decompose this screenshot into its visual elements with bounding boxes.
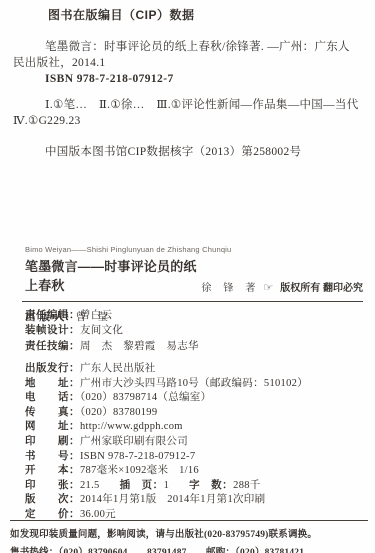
colophon-value: http://www.gdpph.com — [80, 421, 183, 432]
colophon-value: （020）83780199 — [80, 407, 157, 418]
colophon-row: 印 刷：广州家联印刷有限公司 — [25, 433, 369, 448]
colophon-row: 出版发行：广东人民出版社 — [25, 360, 369, 375]
title-divider: 笔墨微言——时事评论员的纸上春秋 徐 锋 著 ☞ 版权所有 翻印必究 — [22, 254, 363, 302]
word-count-label: 字 数： — [189, 479, 233, 491]
colophon-row: 电 话：（020）83798714（总编室） — [25, 389, 369, 404]
colophon-label: 版 次： — [25, 493, 80, 505]
credits-block: 责任编辑：曾白云 装帧设计：友间文化 责任技编：周 杰 黎碧霞 易志华 — [25, 306, 199, 352]
colophon-value: （020）83798714（总编室） — [80, 392, 211, 403]
credits-row: 责任编辑：曾白云 — [25, 306, 199, 321]
colophon-value: 广州家联印刷有限公司 — [80, 436, 188, 447]
colophon-label: 书 号： — [25, 450, 80, 462]
credits-row: 责任技编：周 杰 黎碧霞 易志华 — [25, 337, 199, 352]
colophon-row: 定 价：36.00元 — [25, 506, 369, 521]
title-row: 笔墨微言——时事评论员的纸上春秋 徐 锋 著 ☞ 版权所有 翻印必究 — [25, 256, 363, 294]
colophon-row: 版 次：2014年1月第1版 2014年1月第1次印刷 — [25, 491, 369, 506]
insert-pages-label: 插 页： — [120, 479, 164, 491]
cip-entry: 笔墨微言：时事评论员的纸上春秋/徐锋著. —广州：广东人民出版社，2014.1 — [13, 39, 360, 71]
colophon-label: 传 真： — [25, 406, 80, 418]
title-right-group: 徐 锋 著 ☞ 版权所有 翻印必究 — [201, 279, 363, 294]
colophon-label: 出版发行： — [25, 362, 80, 374]
pinyin-title: Bimo Weiyan——Shishi Pinglunyuan de Zhish… — [25, 245, 375, 254]
book-title: 笔墨微言——时事评论员的纸上春秋 — [25, 256, 201, 294]
quality-note: 如发现印装质量问题，影响阅读，请与出版社(020-83795749)联系调换。 — [10, 526, 368, 540]
colophon-row: 书 号：ISBN 978-7-218-07912-7 — [25, 448, 369, 463]
pointing-hand-icon: ☞ — [263, 281, 273, 294]
author-name: 徐 锋 著 — [201, 279, 256, 294]
cip-isbn: ISBN 978-7-218-07912-7 — [45, 73, 375, 85]
colophon-label: 印 刷： — [25, 435, 80, 447]
colophon-row: 网 址：http://www.gdpph.com — [25, 418, 369, 433]
colophon-value: 广州市大沙头四马路10号（邮政编码：510102） — [80, 378, 308, 389]
colophon-row: 传 真：（020）83780199 — [25, 404, 369, 419]
cip-classification: Ⅰ.①笔… Ⅱ.①徐… Ⅲ.①评论性新闻—作品集—中国—当代 Ⅳ.①G229.2… — [13, 97, 360, 129]
colophon-value: 21.5 — [80, 480, 100, 491]
credits-label: 责任编辑： — [25, 309, 80, 321]
colophon-value: 广东人民出版社 — [80, 363, 156, 374]
colophon-value: 2014年1月第1版 2014年1月第1次印刷 — [80, 494, 265, 505]
colophon-value: ISBN 978-7-218-07912-7 — [80, 451, 195, 462]
credits-label: 装帧设计： — [25, 324, 80, 336]
cip-header: 图书在版编目（CIP）数据 — [48, 6, 375, 23]
credits-value: 曾白云 — [80, 310, 112, 321]
colophon-label: 地 址： — [25, 377, 80, 389]
colophon-row: 开 本：787毫米×1092毫米 1/16 — [25, 462, 369, 477]
credits-value: 友间文化 — [80, 325, 123, 336]
cip-block: 图书在版编目（CIP）数据 笔墨微言：时事评论员的纸上春秋/徐锋著. —广州：广… — [0, 6, 375, 159]
credits-value: 周 杰 黎碧霞 易志华 — [80, 341, 199, 352]
copyright-notice: 版权所有 翻印必究 — [280, 279, 363, 294]
colophon-label: 印 张： — [25, 479, 80, 491]
credits-label: 责任技编： — [25, 340, 80, 352]
colophon-label: 定 价： — [25, 508, 80, 520]
colophon-value: 36.00元 — [80, 509, 116, 520]
insert-pages-value: 1 — [164, 480, 170, 491]
colophon-value: 787毫米×1092毫米 1/16 — [80, 465, 199, 476]
cip-record-number: 中国版本图书馆CIP数据核字（2013）第258002号 — [45, 143, 375, 159]
word-count-value: 288千 — [233, 480, 260, 491]
colophon-label: 开 本： — [25, 464, 80, 476]
footer-block: 如发现印装质量问题，影响阅读，请与出版社(020-83795749)联系调换。 … — [10, 520, 368, 553]
credits-row: 装帧设计：友间文化 — [25, 321, 199, 336]
copyright-page: 图书在版编目（CIP）数据 笔墨微言：时事评论员的纸上春秋/徐锋著. —广州：广… — [0, 0, 375, 553]
colophon-row: 地 址：广州市大沙头四马路10号（邮政编码：510102） — [25, 375, 369, 390]
colophon-label: 网 址： — [25, 420, 80, 432]
colophon-row-sheets: 印 张：21.5插 页：1字 数：288千 — [25, 477, 369, 492]
sales-hotline: 售书热线：（020）83790604 83791487 邮购：（020）8378… — [10, 544, 368, 553]
colophon-label: 电 话： — [25, 391, 80, 403]
colophon-block: 出版发行：广东人民出版社 地 址：广州市大沙头四马路10号（邮政编码：51010… — [25, 360, 369, 521]
